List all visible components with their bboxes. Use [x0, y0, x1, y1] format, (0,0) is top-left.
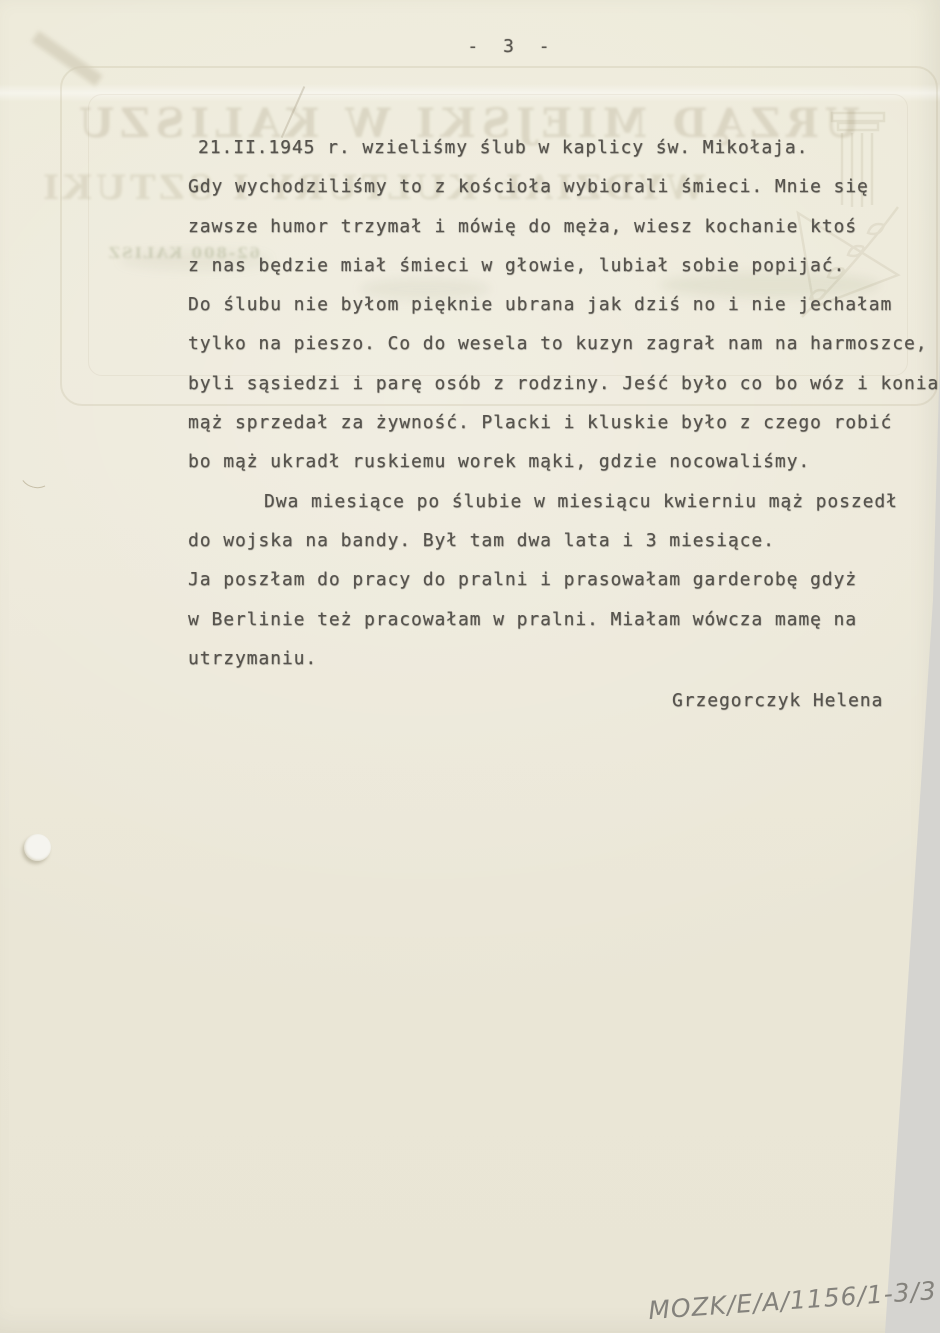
- page-number: - 3 -: [452, 36, 572, 57]
- scanned-document-page: URZĄD MIEJSKI W KALISZU WYDZIAŁ KULTURY …: [0, 0, 940, 1333]
- scan-light-band: [0, 84, 940, 102]
- punch-hole: [24, 834, 51, 861]
- typed-line: byli sąsiedzi i parę osób z rodziny. Jeś…: [188, 364, 940, 403]
- typed-line: Ja poszłam do pracy do pralni i prasował…: [188, 560, 940, 599]
- typed-line: utrzymaniu.: [188, 639, 940, 678]
- typed-line: z nas będzie miał śmieci w głowie, lubia…: [188, 246, 940, 285]
- typed-line: Gdy wychodziliśmy to z kościoła wybioral…: [188, 167, 940, 206]
- typed-line: tylko na pieszo. Co do wesela to kuzyn z…: [188, 324, 940, 363]
- signature-line: Grzegorczyk Helena: [672, 690, 883, 711]
- typed-line: 21.II.1945 r. wzieliśmy ślub w kaplicy ś…: [188, 128, 940, 167]
- typed-line: Do ślubu nie byłom pięknie ubrana jak dz…: [188, 285, 940, 324]
- typed-paragraphs: 21.II.1945 r. wzieliśmy ślub w kaplicy ś…: [188, 128, 940, 678]
- typed-line: w Berlinie też pracowałam w pralni. Miał…: [188, 600, 940, 639]
- typed-line: bo mąż ukradł ruskiemu worek mąki, gdzie…: [188, 442, 940, 481]
- typed-line: Dwa miesiące po ślubie w miesiącu kwiern…: [188, 482, 940, 521]
- typed-line: mąż sprzedał za żywność. Placki i kluski…: [188, 403, 940, 442]
- typed-line: do wojska na bandy. Był tam dwa lata i 3…: [188, 521, 940, 560]
- typed-line: zawsze humor trzymał i mówię do męża, wi…: [188, 207, 940, 246]
